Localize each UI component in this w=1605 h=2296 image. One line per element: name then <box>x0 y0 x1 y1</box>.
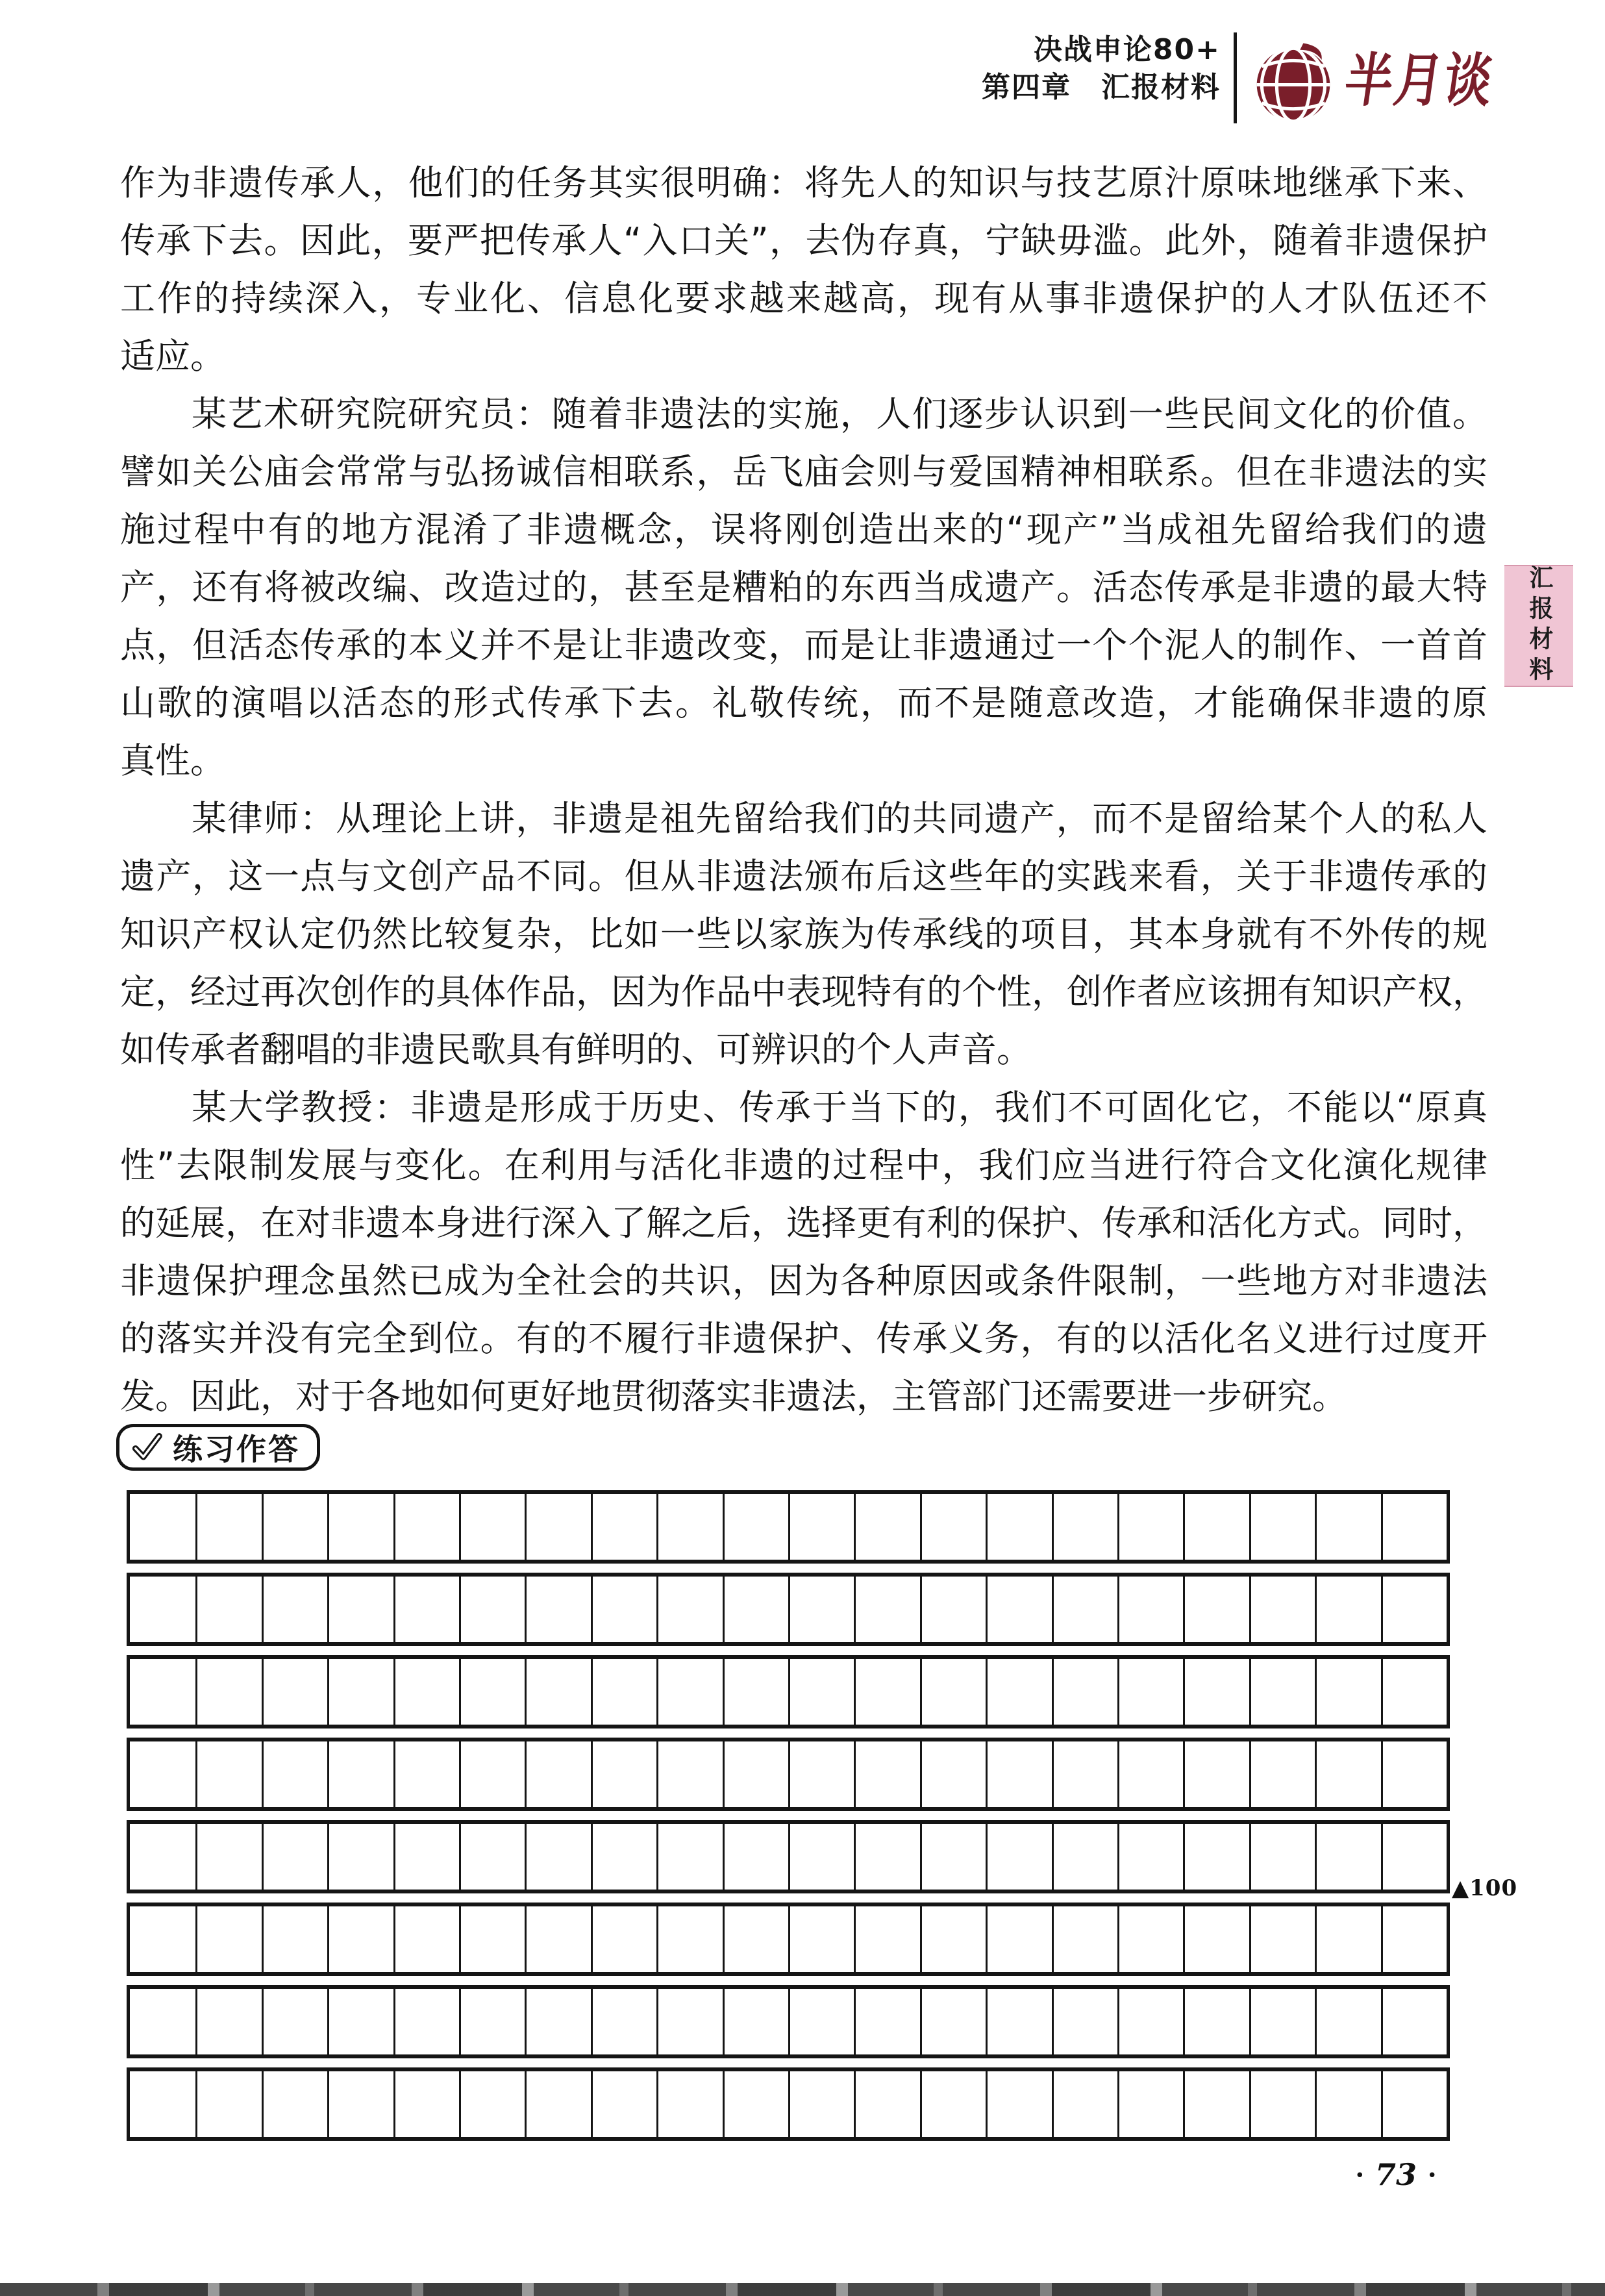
answer-cell <box>1183 2071 1249 2137</box>
answer-cell <box>986 1577 1051 1642</box>
answer-cell <box>1315 1824 1380 1890</box>
answer-cell <box>723 2071 788 2137</box>
answer-cell <box>1381 1659 1447 1725</box>
answer-cell <box>854 1577 919 1642</box>
text-line: 产，还有将被改编、改造过的，甚至是糟粕的东西当成遗产。活态传承是非遗的最大特 <box>120 558 1487 616</box>
answer-cell <box>1117 1989 1183 2054</box>
answer-cell <box>130 2071 195 2137</box>
grid-row <box>127 1490 1450 1564</box>
scanned-book-page: 决战申论80+ 第四章 汇报材料 半月谈 汇报材料 作为非遗传承人，他们的任务其… <box>0 0 1605 2296</box>
text-line: 山歌的演唱以活态的形式传承下去。礼敬传统，而不是随意改造，才能确保非遗的原 <box>120 674 1487 732</box>
answer-cell <box>262 1989 327 2054</box>
grid-row <box>127 1655 1450 1728</box>
answer-cell <box>656 1741 722 1807</box>
answer-cell <box>1052 1577 1117 1642</box>
answer-cell <box>1249 1577 1315 1642</box>
text-line: 性”去限制发展与变化。在利用与活化非遗的过程中，我们应当进行符合文化演化规律 <box>120 1136 1487 1194</box>
answer-cell <box>393 1989 459 2054</box>
answer-cell <box>656 1494 722 1560</box>
answer-cell <box>130 1989 195 2054</box>
answer-cell <box>130 1494 195 1560</box>
answer-cell <box>1381 2071 1447 2137</box>
text-line: 施过程中有的地方混淆了非遗概念，误将刚创造出来的“现产”当成祖先留给我们的遗 <box>120 501 1487 558</box>
answer-cell <box>920 1659 986 1725</box>
answer-cell <box>591 1494 656 1560</box>
answer-cell <box>723 1989 788 2054</box>
text-line: 定，经过再次创作的具体作品，因为作品中表现特有的个性，创作者应该拥有知识产权， <box>120 963 1487 1021</box>
answer-cell <box>1315 2071 1380 2137</box>
grid-row <box>127 1985 1450 2058</box>
grid-row <box>127 2067 1450 2141</box>
answer-cell <box>854 1906 919 1972</box>
page-footer: •73• <box>1325 2157 1467 2192</box>
answer-cell <box>723 1906 788 1972</box>
answer-cell <box>525 1824 590 1890</box>
text-line: 某律师：从理论上讲，非遗是祖先留给我们的共同遗产，而不是留给某个人的私人 <box>120 790 1487 847</box>
answer-cell <box>591 1989 656 2054</box>
answer-cell <box>1315 1577 1380 1642</box>
answer-cell <box>1315 1906 1380 1972</box>
answer-cell <box>591 2071 656 2137</box>
answer-cell <box>723 1494 788 1560</box>
text-line: 非遗保护理念虽然已成为全社会的共识，因为各种原因或条件限制，一些地方对非遗法 <box>120 1252 1487 1310</box>
answer-cell <box>195 1824 261 1890</box>
answer-cell <box>262 1577 327 1642</box>
answer-cell <box>1052 1824 1117 1890</box>
answer-cell <box>130 1659 195 1725</box>
answer-cell <box>459 1989 525 2054</box>
answer-cell <box>393 1577 459 1642</box>
answer-cell <box>195 1741 261 1807</box>
answer-cell <box>1381 1824 1447 1890</box>
text-line: 工作的持续深入，专业化、信息化要求越来越高，现有从事非遗保护的人才队伍还不 <box>120 269 1487 327</box>
page-number: 73 <box>1375 2157 1417 2192</box>
answer-cell <box>525 1494 590 1560</box>
answer-cell <box>656 1659 722 1725</box>
answer-cell <box>723 1741 788 1807</box>
text-line: 真性。 <box>120 732 1487 790</box>
publisher-logo: 半月谈 <box>1252 38 1488 129</box>
answer-cell <box>525 2071 590 2137</box>
answer-cell <box>195 1577 261 1642</box>
answer-cell <box>986 1989 1051 2054</box>
answer-cell <box>1183 1906 1249 1972</box>
answer-cell <box>195 1989 261 2054</box>
answer-cell <box>854 1989 919 2054</box>
footer-bullet: • <box>1427 2166 1437 2186</box>
text-line: 譬如关公庙会常常与弘扬诚信相联系，岳飞庙会则与爱国精神相联系。但在非遗法的实 <box>120 443 1487 501</box>
answer-cell <box>788 1989 854 2054</box>
answer-cell <box>1183 1989 1249 2054</box>
header-divider <box>1234 32 1237 123</box>
text-line: 如传承者翻唱的非遗民歌具有鲜明的、可辨识的个人声音。 <box>120 1021 1487 1079</box>
text-line: 作为非遗传承人，他们的任务其实很明确：将先人的知识与技艺原汁原味地继承下来、 <box>120 154 1487 212</box>
answer-cell <box>130 1824 195 1890</box>
answer-cell <box>525 1989 590 2054</box>
answer-cell <box>327 1989 393 2054</box>
answer-cell <box>327 2071 393 2137</box>
answer-cell <box>459 1741 525 1807</box>
grid-row <box>127 1573 1450 1646</box>
answer-cell <box>393 1906 459 1972</box>
answer-cell <box>130 1741 195 1807</box>
checkmark-icon <box>130 1430 164 1464</box>
answer-cell <box>920 1906 986 1972</box>
answer-cell <box>986 2071 1051 2137</box>
answer-cell <box>1117 1659 1183 1725</box>
answer-cell <box>327 1906 393 1972</box>
answer-cell <box>723 1577 788 1642</box>
answer-cell <box>986 1741 1051 1807</box>
text-line: 知识产权认定仍然比较复杂，比如一些以家族为传承线的项目，其本身就有不外传的规 <box>120 905 1487 963</box>
text-line: 发。因此，对于各地如何更好地贯彻落实非遗法，主管部门还需要进一步研究。 <box>120 1367 1487 1425</box>
answer-cell <box>920 2071 986 2137</box>
answer-cell <box>986 1906 1051 1972</box>
answer-cell <box>393 1824 459 1890</box>
answer-cell <box>591 1741 656 1807</box>
text-line: 点，但活态传承的本义并不是让非遗改变，而是让非遗通过一个个泥人的制作、一首首 <box>120 616 1487 674</box>
answer-cell <box>1381 1989 1447 2054</box>
answer-cell <box>1315 1494 1380 1560</box>
answer-cell <box>656 2071 722 2137</box>
text-line: 适应。 <box>120 327 1487 385</box>
answer-cell <box>525 1741 590 1807</box>
answer-cell <box>1183 1659 1249 1725</box>
answer-cell <box>459 1906 525 1972</box>
body-text: 作为非遗传承人，他们的任务其实很明确：将先人的知识与技艺原汁原味地继承下来、 传… <box>120 154 1487 1425</box>
grid-row <box>127 1903 1450 1976</box>
answer-cell <box>195 2071 261 2137</box>
answer-cell <box>788 2071 854 2137</box>
text-line: 遗产，这一点与文创产品不同。但从非遗法颁布后这些年的实践来看，关于非遗传承的 <box>120 847 1487 905</box>
answer-cell <box>262 1741 327 1807</box>
answer-cell <box>1183 1741 1249 1807</box>
text-line: 某大学教授：非遗是形成于历史、传承于当下的，我们不可固化它，不能以“原真 <box>120 1079 1487 1136</box>
chapter-title: 第四章 汇报材料 <box>844 69 1221 106</box>
answer-cell <box>1117 1906 1183 1972</box>
practice-answer-label: 练习作答 <box>173 1426 300 1469</box>
answer-cell <box>130 1906 195 1972</box>
scan-artifact <box>0 2283 1605 2296</box>
globe-icon <box>1252 42 1335 125</box>
answer-cell <box>591 1906 656 1972</box>
footer-bullet: • <box>1355 2166 1365 2186</box>
answer-cell <box>1117 1741 1183 1807</box>
answer-cell <box>1117 1577 1183 1642</box>
answer-cell <box>393 1659 459 1725</box>
answer-cell <box>1249 1659 1315 1725</box>
answer-cell <box>195 1659 261 1725</box>
answer-cell <box>459 1824 525 1890</box>
text-line: 的延展，在对非遗本身进行深入了解之后，选择更有利的保护、传承和活化方式。同时， <box>120 1194 1487 1252</box>
answer-cell <box>920 1989 986 2054</box>
grid-row <box>127 1820 1450 1893</box>
answer-cell <box>393 1494 459 1560</box>
text-line: 的落实并没有完全到位。有的不履行非遗保护、传承义务，有的以活化名义进行过度开 <box>120 1310 1487 1367</box>
answer-cell <box>327 1659 393 1725</box>
answer-cell <box>262 1659 327 1725</box>
answer-cell <box>195 1906 261 1972</box>
logo-wordmark: 半月谈 <box>1340 35 1500 118</box>
page-header: 决战申论80+ 第四章 汇报材料 <box>844 31 1221 106</box>
answer-cell <box>393 1741 459 1807</box>
answer-cell <box>723 1824 788 1890</box>
answer-cell <box>854 1824 919 1890</box>
answer-cell <box>1249 1494 1315 1560</box>
answer-cell <box>393 2071 459 2137</box>
answer-cell <box>459 2071 525 2137</box>
answer-cell <box>1052 1659 1117 1725</box>
answer-cell <box>986 1494 1051 1560</box>
answer-cell <box>1052 1494 1117 1560</box>
answer-cell <box>525 1906 590 1972</box>
answer-cell <box>1381 1494 1447 1560</box>
answer-cell <box>656 1824 722 1890</box>
answer-cell <box>920 1824 986 1890</box>
answer-cell <box>1381 1741 1447 1807</box>
answer-cell <box>327 1577 393 1642</box>
answer-cell <box>854 1659 919 1725</box>
answer-cell <box>327 1494 393 1560</box>
answer-cell <box>656 1577 722 1642</box>
answer-cell <box>262 1824 327 1890</box>
answer-cell <box>1183 1494 1249 1560</box>
answer-cell <box>591 1659 656 1725</box>
hundred-character-marker: ▲100 <box>1452 1875 1517 1901</box>
answer-cell <box>1052 1741 1117 1807</box>
answer-cell <box>1381 1577 1447 1642</box>
answer-cell <box>656 1906 722 1972</box>
text-line: 某艺术研究院研究员：随着非遗法的实施，人们逐步认识到一些民间文化的价值。 <box>120 385 1487 443</box>
answer-cell <box>1249 1824 1315 1890</box>
answer-cell <box>986 1824 1051 1890</box>
answer-cell <box>920 1577 986 1642</box>
answer-cell <box>195 1494 261 1560</box>
book-title: 决战申论80+ <box>844 31 1221 69</box>
answer-cell <box>1315 1989 1380 2054</box>
answer-cell <box>130 1577 195 1642</box>
answer-grid <box>127 1490 1450 2150</box>
answer-cell <box>1249 1741 1315 1807</box>
answer-cell <box>656 1989 722 2054</box>
answer-cell <box>1117 2071 1183 2137</box>
answer-cell <box>788 1741 854 1807</box>
answer-cell <box>591 1824 656 1890</box>
answer-cell <box>327 1741 393 1807</box>
answer-cell <box>327 1824 393 1890</box>
answer-cell <box>1249 2071 1315 2137</box>
answer-cell <box>1117 1494 1183 1560</box>
answer-cell <box>854 1741 919 1807</box>
answer-cell <box>1052 1989 1117 2054</box>
answer-cell <box>262 2071 327 2137</box>
answer-cell <box>262 1494 327 1560</box>
answer-cell <box>788 1824 854 1890</box>
answer-cell <box>591 1577 656 1642</box>
answer-cell <box>788 1906 854 1972</box>
answer-cell <box>262 1906 327 1972</box>
answer-cell <box>1183 1577 1249 1642</box>
text-line: 传承下去。因此，要严把传承人“入口关”，去伪存真，宁缺毋滥。此外，随着非遗保护 <box>120 212 1487 269</box>
answer-cell <box>1381 1906 1447 1972</box>
answer-cell <box>1183 1824 1249 1890</box>
answer-cell <box>459 1577 525 1642</box>
answer-cell <box>788 1659 854 1725</box>
answer-cell <box>1249 1989 1315 2054</box>
answer-cell <box>1249 1906 1315 1972</box>
answer-cell <box>459 1494 525 1560</box>
answer-cell <box>1315 1741 1380 1807</box>
answer-cell <box>723 1659 788 1725</box>
answer-cell <box>1315 1659 1380 1725</box>
answer-cell <box>1052 2071 1117 2137</box>
answer-cell <box>920 1741 986 1807</box>
answer-cell <box>854 2071 919 2137</box>
practice-answer-label-box: 练习作答 <box>116 1424 320 1471</box>
answer-cell <box>854 1494 919 1560</box>
chapter-side-tab: 汇报材料 <box>1504 565 1573 687</box>
answer-cell <box>986 1659 1051 1725</box>
answer-cell <box>788 1494 854 1560</box>
answer-cell <box>459 1659 525 1725</box>
answer-cell <box>525 1577 590 1642</box>
answer-cell <box>1117 1824 1183 1890</box>
answer-cell <box>1052 1906 1117 1972</box>
grid-row <box>127 1738 1450 1811</box>
answer-cell <box>788 1577 854 1642</box>
answer-cell <box>920 1494 986 1560</box>
answer-cell <box>525 1659 590 1725</box>
